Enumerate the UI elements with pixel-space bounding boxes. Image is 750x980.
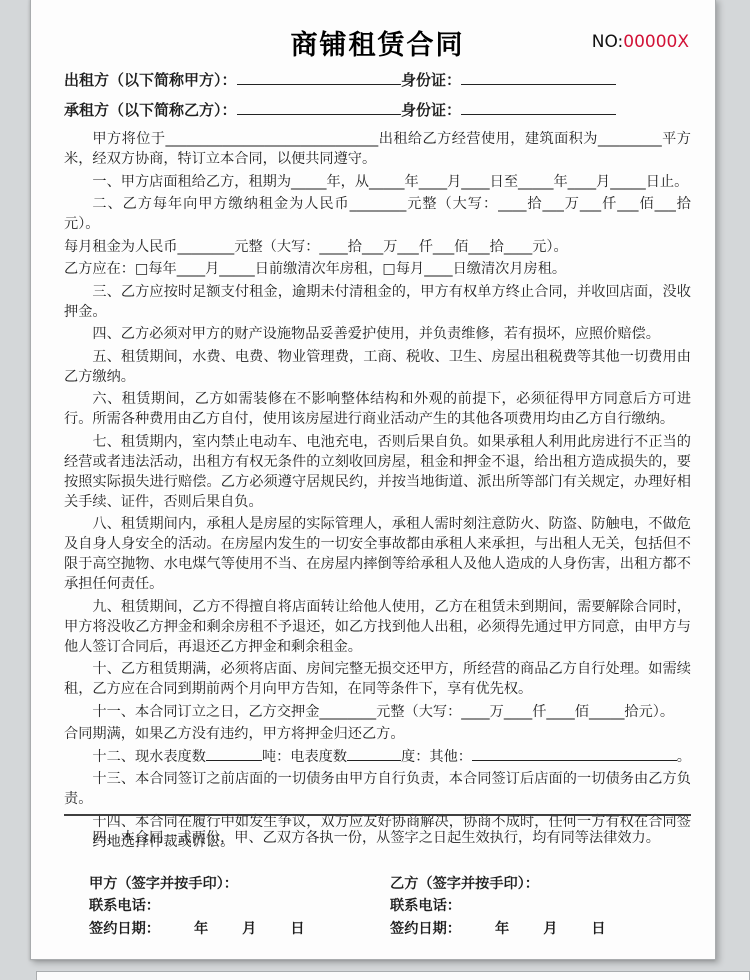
- document-number-value: 00000X: [623, 32, 689, 52]
- document-number-label: NO:: [592, 32, 624, 52]
- lessee-name-blank: [237, 103, 401, 115]
- day-label: 日: [290, 921, 304, 937]
- page-header: 商铺租赁合同 NO:00000X: [64, 23, 691, 69]
- party-a-date-label: 签约日期：: [89, 921, 160, 937]
- clause-12-electric-label: 吨：电表度数: [262, 747, 347, 767]
- clause-12-water-label: 十二、现水表度数: [92, 747, 206, 767]
- other-meter-blank: [472, 749, 677, 761]
- lessor-id-blank: [461, 73, 616, 85]
- clause-11: 十一、本合同订立之日，乙方交押金________元整（大写：____万____仟…: [64, 702, 691, 722]
- year-label: 年: [495, 921, 509, 937]
- clause-1: 一、甲方店面租给乙方，租期为_____年，从_____年____月____日至_…: [64, 172, 691, 192]
- section-divider: [64, 814, 691, 816]
- clause-12-other-label: 度：其他：: [401, 747, 472, 767]
- intro-paragraph: 甲方将位于______________________________出租给乙方…: [64, 129, 691, 169]
- month-label: 月: [543, 921, 557, 937]
- party-b-phone-label: 联系电话：: [390, 896, 691, 916]
- lessee-row: 承租方（以下简称乙方）： 身份证：: [64, 99, 691, 120]
- lessor-group: 出租方（以下简称甲方）：: [64, 69, 401, 90]
- clause-12: 十二、现水表度数 吨：电表度数 度：其他： 。: [64, 747, 691, 767]
- lessee-label: 承租方（以下简称乙方）：: [64, 99, 237, 120]
- lessor-label: 出租方（以下简称甲方）：: [64, 69, 237, 90]
- clause-12-period: 。: [677, 747, 691, 767]
- month-label: 月: [242, 921, 256, 937]
- clause-9: 九、租赁期间，乙方不得擅自将店面转让给他人使用，乙方在租赁未到期间，需要解除合同…: [64, 597, 691, 657]
- clause-8: 八、租赁期间内，承租人是房屋的实际管理人，承租人需时刻注意防火、防盗、防触电，不…: [64, 514, 691, 594]
- party-b-sign-label: 乙方（签字并按手印）：: [390, 874, 691, 894]
- clause-2-monthly-rent: 每月租金为人民币________元整（大写：____拾___万___仟___佰_…: [64, 237, 691, 257]
- day-label: 日: [591, 921, 605, 937]
- lessor-id-group: 身份证：: [401, 69, 691, 90]
- document-canvas: 商铺租赁合同 NO:00000X 出租方（以下简称甲方）： 身份证： 承租方（以…: [0, 0, 750, 980]
- clause-5: 五、租赁期间，水费、电费、物业管理费，工商、税收、卫生、房屋出租税费等其他一切费…: [64, 347, 691, 387]
- clause-10: 十、乙方租赁期满，必须将店面、房间完整无损交还甲方，所经营的商品乙方自行处理。如…: [64, 659, 691, 699]
- party-a-phone-label: 联系电话：: [89, 896, 390, 916]
- lessee-group: 承租方（以下简称乙方）：: [64, 99, 401, 120]
- signature-block: 甲方（签字并按手印）： 联系电话： 签约日期：年月日 乙方（签字并按手印）： 联…: [64, 874, 691, 942]
- clause-3: 三、乙方应按时足额支付租金，逾期未付清租金的，甲方有权单方终止合同，并收回店面，…: [64, 282, 691, 322]
- lessor-id-label: 身份证：: [401, 69, 461, 90]
- year-label: 年: [194, 921, 208, 937]
- clause-2-payment-schedule: 乙方应在：□每年____月_____日前缴清次年房租，□每月____日缴清次月房…: [64, 259, 691, 279]
- copies-clause: 四、本合同一式两份，甲、乙双方各执一份，从签字之日起生效执行，均有同等法律效力。: [64, 828, 691, 848]
- party-b-date-line: 签约日期：年月日: [390, 919, 691, 939]
- clause-6: 六、租赁期间，乙方如需装修在不影响整体结构和外观的前提下，必须征得甲方同意后方可…: [64, 389, 691, 429]
- lessor-row: 出租方（以下简称甲方）： 身份证：: [64, 69, 691, 90]
- lessee-id-blank: [461, 103, 616, 115]
- lessee-id-label: 身份证：: [401, 99, 461, 120]
- page-footer-section: 四、本合同一式两份，甲、乙双方各执一份，从签字之日起生效执行，均有同等法律效力。…: [64, 814, 691, 942]
- party-a-signature-column: 甲方（签字并按手印）： 联系电话： 签约日期：年月日: [64, 874, 390, 942]
- document-number: NO:00000X: [592, 32, 689, 52]
- clause-2: 二、乙方每年向甲方缴纳租金为人民币________元整（大写：____拾___万…: [64, 194, 691, 234]
- water-meter-blank: [206, 749, 262, 761]
- lessee-id-group: 身份证：: [401, 99, 691, 120]
- party-a-date-line: 签约日期：年月日: [89, 919, 390, 939]
- next-page-edge: [36, 971, 750, 980]
- clause-11-deposit-return: 合同期满，如果乙方没有违约，甲方将押金归还乙方。: [64, 724, 691, 744]
- clause-13: 十三、本合同签订之前店面的一切债务由甲方自行负责，本合同签订后店面的一切债务由乙…: [64, 769, 691, 809]
- clause-4: 四、乙方必须对甲方的财产设施物品妥善爱护使用，并负责维修，若有损坏，应照价赔偿。: [64, 324, 691, 344]
- contract-page: 商铺租赁合同 NO:00000X 出租方（以下简称甲方）： 身份证： 承租方（以…: [30, 0, 716, 960]
- clause-7: 七、租赁期内，室内禁止电动车、电池充电，否则后果自负。如果承租人利用此房进行不正…: [64, 432, 691, 512]
- lessor-name-blank: [237, 73, 401, 85]
- contract-body: 甲方将位于______________________________出租给乙方…: [64, 129, 691, 855]
- electric-meter-blank: [347, 749, 401, 761]
- party-b-signature-column: 乙方（签字并按手印）： 联系电话： 签约日期：年月日: [390, 874, 691, 942]
- party-b-date-label: 签约日期：: [390, 921, 461, 937]
- party-a-sign-label: 甲方（签字并按手印）：: [89, 874, 390, 894]
